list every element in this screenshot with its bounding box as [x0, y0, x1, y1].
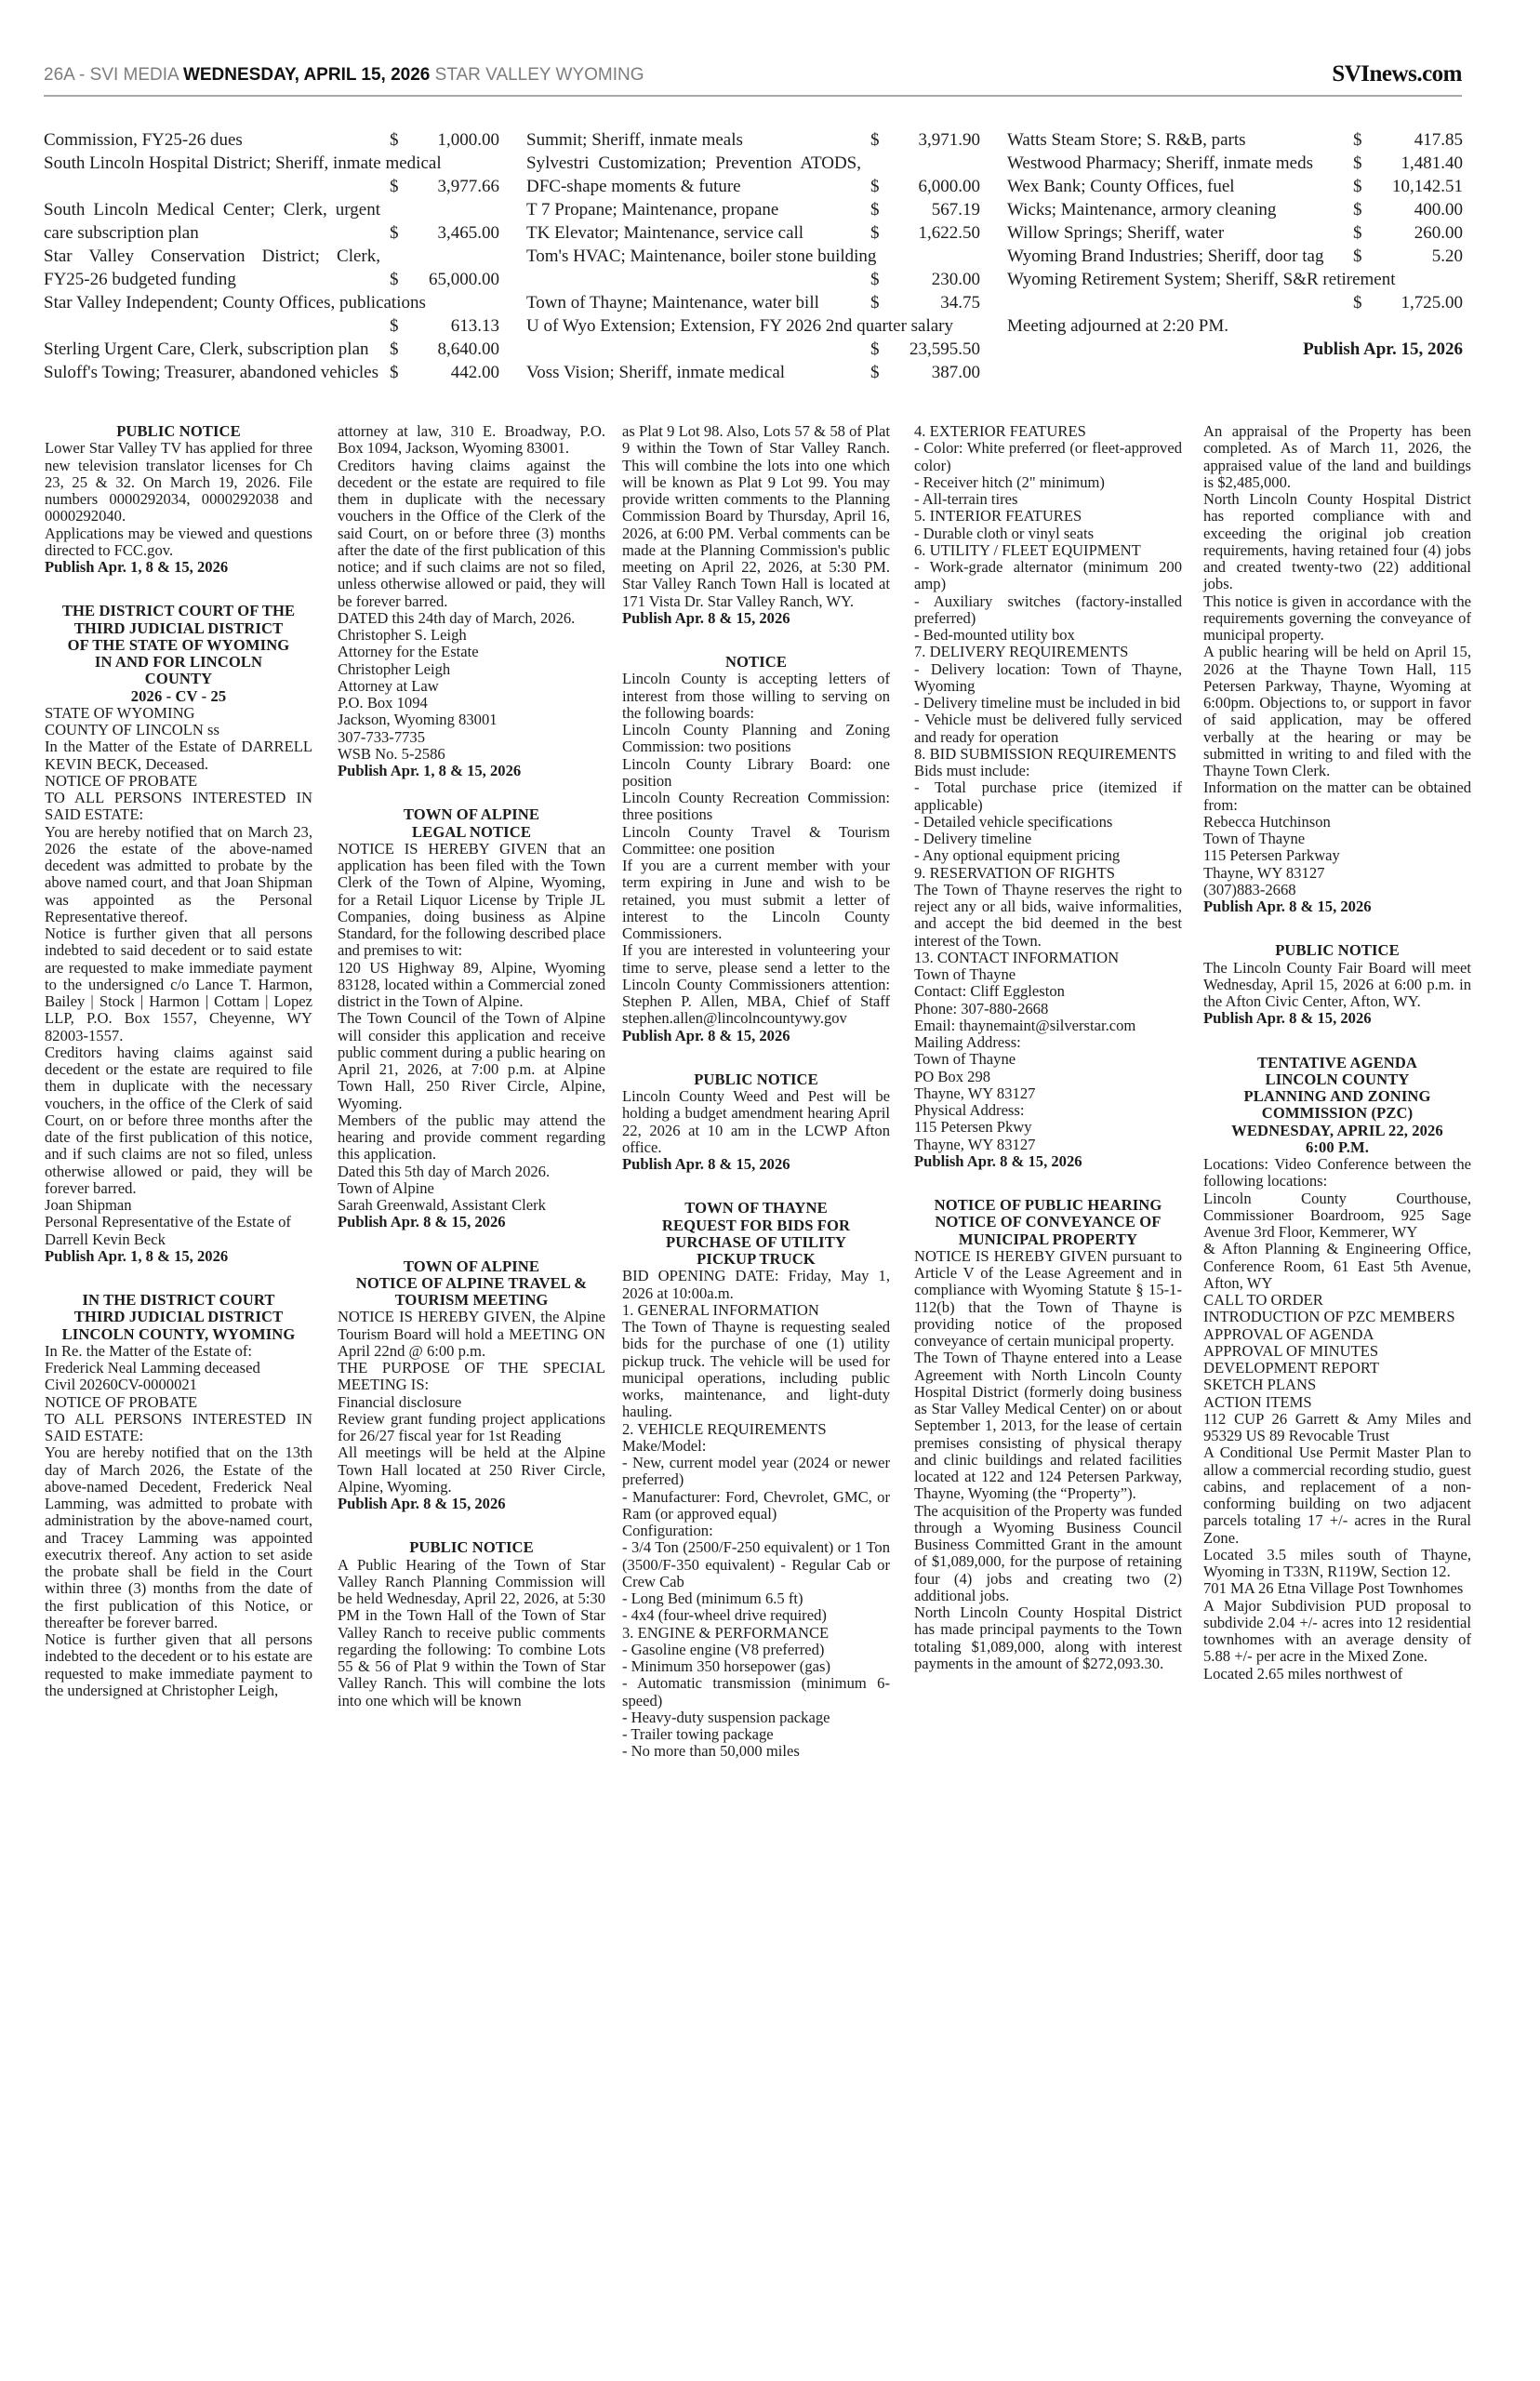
notice-paragraph: 3. ENGINE & PERFORMANCE — [622, 1625, 890, 1642]
notice-paragraph: - Work-grade alternator (minimum 200 amp… — [914, 559, 1182, 593]
claim-description: Star Valley Independent; County Offices,… — [44, 291, 499, 314]
notice-paragraph: - Any optional equipment pricing — [914, 847, 1182, 864]
claim-description: Commission, FY25-26 dues — [44, 128, 390, 152]
notice-paragraph: Lincoln County is accepting letters of i… — [622, 671, 890, 722]
claim-entry: Wicks; Maintenance, armory cleaning$400.… — [1007, 198, 1463, 221]
notice-paragraph: - Gasoline engine (V8 preferred) — [622, 1642, 890, 1658]
agenda-item: 112 CUP 26 Garrett & Amy Miles and 95329… — [1203, 1411, 1471, 1445]
amount-value: 1,000.00 — [438, 128, 500, 152]
claim-entry: T 7 Propane; Maintenance, propane$567.19 — [526, 198, 980, 221]
claim-amount: $6,000.00 — [870, 175, 980, 198]
amount-value: 442.00 — [451, 361, 499, 384]
notice-paragraph: 1. GENERAL INFORMATION — [622, 1302, 890, 1319]
currency-symbol: $ — [870, 128, 880, 152]
notice-paragraph: The Town of Thayne is requesting sealed … — [622, 1319, 890, 1421]
notice-paragraph: - 3/4 Ton (2500/F-250 equivalent) or 1 T… — [622, 1539, 890, 1590]
notice-board-vacancies: NOTICE Lincoln County is accepting lette… — [622, 654, 890, 1044]
notice-heading-line: NOTICE OF CONVEYANCE OF — [914, 1214, 1182, 1230]
notice-property-conveyance-cont: An appraisal of the Property has been co… — [1203, 423, 1471, 915]
claim-entry: Star Valley Conservation District; Clerk… — [44, 245, 499, 291]
claim-amount: $417.85 — [1353, 128, 1463, 152]
amount-value: 1,481.40 — [1401, 152, 1464, 175]
notice-paragraph: - 4x4 (four-wheel drive required) — [622, 1607, 890, 1624]
notice-heading-line-list: THE DISTRICT COURT OF THETHIRD JUDICIAL … — [45, 603, 312, 705]
notice-paragraph: - Automatic transmission (minimum 6-spee… — [622, 1675, 890, 1709]
claim-entry: Wyoming Retirement System; Sheriff, S&R … — [1007, 268, 1463, 314]
claim-description: U of Wyo Extension; Extension, FY 2026 2… — [526, 314, 980, 338]
notice-paragraph: The Town of Thayne entered into a Lease … — [914, 1350, 1182, 1502]
claims-column-1: Commission, FY25-26 dues$1,000.00South L… — [44, 128, 499, 384]
currency-symbol: $ — [1353, 152, 1362, 175]
page-header: 26A - SVI MEDIA WEDNESDAY, APRIL 15, 202… — [44, 58, 1462, 97]
currency-symbol: $ — [1353, 221, 1362, 245]
claim-amount: $10,142.51 — [1353, 175, 1463, 198]
notice-heading-line: THIRD JUDICIAL DISTRICT — [45, 1309, 312, 1325]
notice-body: Lower Star Valley TV has applied for thr… — [45, 440, 312, 525]
notice-fair-board: PUBLIC NOTICE The Lincoln County Fair Bo… — [1203, 942, 1471, 1027]
claim-entry: Westwood Pharmacy; Sheriff, inmate meds$… — [1007, 152, 1463, 175]
notice-paragraph: 5. INTERIOR FEATURES — [914, 508, 1182, 525]
publish-line: Publish Apr. 1, 8 & 15, 2026 — [338, 763, 605, 779]
notice-paragraph: Town of Thayne — [914, 1051, 1182, 1068]
notice-paragraph: Notice is further given that all persons… — [45, 1631, 312, 1699]
notice-paragraph-list: NOTICE IS HEREBY GIVEN that an applicati… — [338, 841, 605, 1215]
notice-thayne-truck-bids-cont: 4. EXTERIOR FEATURES- Color: White prefe… — [914, 423, 1182, 1170]
claim-description: T 7 Propane; Maintenance, propane — [526, 198, 870, 221]
notice-paragraph: 13. CONTACT INFORMATION — [914, 950, 1182, 966]
notice-paragraph: NOTICE OF PROBATE — [45, 773, 312, 790]
claim-description: TK Elevator; Maintenance, service call — [526, 221, 870, 245]
notice-paragraph: If you are a current member with your te… — [622, 858, 890, 942]
amount-value: 417.85 — [1414, 128, 1463, 152]
amount-value: 3,977.66 — [438, 175, 500, 198]
amount-value: 65,000.00 — [429, 268, 499, 291]
notice-paragraph: STATE OF WYOMING — [45, 705, 312, 722]
notice-paragraph-list: NOTICE IS HEREBY GIVEN pursuant to Artic… — [914, 1248, 1182, 1672]
notice-body: Applications may be viewed and questions… — [45, 525, 312, 560]
notice-paragraph: P.O. Box 1094 — [338, 695, 605, 712]
claim-entry: Tom's HVAC; Maintenance, boiler stone bu… — [526, 245, 980, 291]
notice-paragraph: - Detailed vehicle specifications — [914, 814, 1182, 831]
notice-paragraph: This notice is given in accordance with … — [1203, 593, 1471, 645]
legal-column-3: as Plat 9 Lot 98. Also, Lots 57 & 58 of … — [622, 423, 890, 1761]
claims-entries: Watts Steam Store; S. R&B, parts$417.85W… — [1007, 128, 1463, 314]
agenda-item: INTRODUCTION OF PZC MEMBERS — [1203, 1309, 1471, 1325]
notice-paragraph: Contact: Cliff Eggleston — [914, 983, 1182, 1000]
notice-paragraph: - Durable cloth or vinyl seats — [914, 525, 1182, 542]
currency-symbol: $ — [390, 128, 399, 152]
notice-heading-line-list: NOTICE OF PUBLIC HEARINGNOTICE OF CONVEY… — [914, 1197, 1182, 1248]
notice-heading-line: PLANNING AND ZONING — [1203, 1088, 1471, 1105]
claim-amount: $260.00 — [1353, 221, 1463, 245]
notice-paragraph: The Town Council of the Town of Alpine w… — [338, 1010, 605, 1112]
notice-paragraph: - Auxiliary switches (factory-installed … — [914, 593, 1182, 628]
notice-paragraph: WSB No. 5-2586 — [338, 746, 605, 763]
notice-paragraph: Bids must include: — [914, 763, 1182, 779]
notice-paragraph: Creditors having claims against the dece… — [338, 458, 605, 610]
notice-heading-line: 2026 - CV - 25 — [45, 688, 312, 705]
notice-heading-line: LEGAL NOTICE — [338, 824, 605, 841]
claim-description: Town of Thayne; Maintenance, water bill — [526, 291, 870, 314]
notice-paragraph: - No more than 50,000 miles — [622, 1743, 890, 1760]
notice-paragraph: (307)883-2668 — [1203, 882, 1471, 898]
notice-paragraph: 307-733-7735 — [338, 729, 605, 746]
notice-paragraph: Town of Thayne — [1203, 831, 1471, 847]
currency-symbol: $ — [870, 291, 880, 314]
notice-heading: PUBLIC NOTICE — [622, 1071, 890, 1088]
notice-paragraph: - Color: White preferred (or fleet-appro… — [914, 440, 1182, 474]
notice-paragraph: Civil 20260CV-0000021 — [45, 1377, 312, 1393]
notice-paragraph: attorney at law, 310 E. Broadway, P.O. B… — [338, 423, 605, 458]
header-line: 26A - SVI MEDIA WEDNESDAY, APRIL 15, 202… — [44, 65, 644, 86]
notice-heading-line: WEDNESDAY, APRIL 22, 2026 — [1203, 1123, 1471, 1139]
notice-paragraph: Attorney for the Estate — [338, 644, 605, 660]
claim-amount: $1,725.00 — [1353, 291, 1463, 314]
claim-description: Wyoming Brand Industries; Sheriff, door … — [1007, 245, 1353, 268]
notice-paragraph: Frederick Neal Lamming deceased — [45, 1360, 312, 1377]
claim-amount: $1,622.50 — [870, 221, 980, 245]
currency-symbol: $ — [870, 175, 880, 198]
notice-paragraph: - New, current model year (2024 or newer… — [622, 1455, 890, 1489]
claim-amount: $567.19 — [870, 198, 980, 221]
publish-line: Publish Apr. 8 & 15, 2026 — [622, 610, 890, 627]
notice-paragraph: In the Matter of the Estate of DARRELL K… — [45, 738, 312, 773]
notice-paragraph: - Trailer towing package — [622, 1726, 890, 1743]
amount-value: 5.20 — [1432, 245, 1463, 268]
claim-amount: $34.75 — [870, 291, 980, 314]
claim-amount: $5.20 — [1353, 245, 1463, 268]
publish-line: Publish Apr. 8 & 15, 2026 — [622, 1028, 890, 1044]
notice-paragraph: In Re. the Matter of the Estate of: — [45, 1343, 312, 1360]
notice-paragraph: Rebecca Hutchinson — [1203, 814, 1471, 831]
currency-symbol: $ — [870, 338, 880, 361]
notice-paragraph: TO ALL PERSONS INTERESTED IN SAID ESTATE… — [45, 1411, 312, 1445]
currency-symbol: $ — [390, 175, 399, 198]
notice-heading: NOTICE — [622, 654, 890, 671]
notice-paragraph: Creditors having claims against said dec… — [45, 1044, 312, 1197]
notice-paragraph: Darrell Kevin Beck — [45, 1231, 312, 1248]
notice-heading-line: LINCOLN COUNTY, WYOMING — [45, 1326, 312, 1343]
claim-entry: Town of Thayne; Maintenance, water bill$… — [526, 291, 980, 314]
notice-paragraph: 4. EXTERIOR FEATURES — [914, 423, 1182, 440]
agenda-item: ACTION ITEMS — [1203, 1394, 1471, 1411]
claim-description: Wyoming Retirement System; Sheriff, S&R … — [1007, 268, 1463, 291]
region-label: STAR VALLEY WYOMING — [435, 65, 644, 85]
claim-description: Wicks; Maintenance, armory cleaning — [1007, 198, 1353, 221]
claim-amount: $1,000.00 — [390, 128, 499, 152]
amount-value: 387.00 — [932, 361, 980, 384]
notice-heading-line: OF THE STATE OF WYOMING — [45, 637, 312, 654]
issue-date: WEDNESDAY, APRIL 15, 2026 — [183, 65, 430, 85]
meeting-adjourned: Meeting adjourned at 2:20 PM. — [1007, 314, 1463, 338]
notice-paragraph: You are hereby notified that on March 23… — [45, 824, 312, 926]
claim-amount: $387.00 — [870, 361, 980, 384]
notice-beck-probate: THE DISTRICT COURT OF THETHIRD JUDICIAL … — [45, 603, 312, 1265]
amount-value: 10,142.51 — [1392, 175, 1463, 198]
publish-line: Publish Apr. 8 & 15, 2026 — [1203, 898, 1471, 915]
amount-value: 34.75 — [940, 291, 980, 314]
notice-paragraph: - Delivery location: Town of Thayne, Wyo… — [914, 661, 1182, 696]
amount-value: 567.19 — [932, 198, 980, 221]
currency-symbol: $ — [1353, 128, 1362, 152]
agenda-item: Lincoln County Courthouse, Commissioner … — [1203, 1190, 1471, 1242]
claim-entry: Suloff's Towing; Treasurer, abandoned ve… — [44, 361, 499, 384]
notice-lamming-probate: IN THE DISTRICT COURTTHIRD JUDICIAL DIST… — [45, 1292, 312, 1699]
publish-line: Publish Apr. 8 & 15, 2026 — [914, 1153, 1182, 1170]
amount-value: 8,640.00 — [438, 338, 500, 361]
claim-entry: South Lincoln Hospital District; Sheriff… — [44, 152, 499, 198]
currency-symbol: $ — [390, 338, 399, 361]
notice-svr-planning-cont: as Plat 9 Lot 98. Also, Lots 57 & 58 of … — [622, 423, 890, 627]
notice-heading-line-list: IN THE DISTRICT COURTTHIRD JUDICIAL DIST… — [45, 1292, 312, 1343]
notice-paragraph: - Receiver hitch (2" minimum) — [914, 474, 1182, 491]
notice-heading-line: 6:00 P.M. — [1203, 1139, 1471, 1156]
notice-heading-line: NOTICE OF ALPINE TRAVEL & — [338, 1275, 605, 1292]
currency-symbol: $ — [390, 268, 399, 291]
notice-paragraph: 115 Petersen Pkwy — [914, 1119, 1182, 1136]
notice-paragraph: Christopher S. Leigh — [338, 627, 605, 644]
notice-heading-line: TENTATIVE AGENDA — [1203, 1055, 1471, 1071]
claim-amount: $613.13 — [390, 314, 499, 338]
notice-paragraph: Attorney at Law — [338, 678, 605, 695]
notice-heading-line: TOWN OF THAYNE — [622, 1200, 890, 1217]
legal-column-5: An appraisal of the Property has been co… — [1203, 423, 1471, 1683]
notice-heading: PUBLIC NOTICE — [45, 423, 312, 440]
notice-heading-line: TOWN OF ALPINE — [338, 1258, 605, 1275]
notice-paragraph: Notice is further given that all persons… — [45, 925, 312, 1044]
amount-value: 3,465.00 — [438, 221, 500, 245]
claim-entry: Voss Vision; Sheriff, inmate medical$387… — [526, 361, 980, 384]
page-section: 26A - SVI MEDIA — [44, 65, 179, 85]
claim-description: Suloff's Towing; Treasurer, abandoned ve… — [44, 361, 390, 384]
notice-paragraph: Lincoln County Travel & Tourism Committe… — [622, 824, 890, 858]
notice-paragraph: Town of Alpine — [338, 1180, 605, 1197]
notice-paragraph-list: attorney at law, 310 E. Broadway, P.O. B… — [338, 423, 605, 763]
notice-paragraph: BID OPENING DATE: Friday, May 1, 2026 at… — [622, 1268, 890, 1302]
agenda-item: APPROVAL OF AGENDA — [1203, 1326, 1471, 1343]
notice-paragraph: Phone: 307-880-2668 — [914, 1001, 1182, 1018]
claim-description: Watts Steam Store; S. R&B, parts — [1007, 128, 1353, 152]
claim-entry: Commission, FY25-26 dues$1,000.00 — [44, 128, 499, 152]
claim-description: South Lincoln Hospital District; Sheriff… — [44, 152, 499, 175]
currency-symbol: $ — [870, 221, 880, 245]
notice-tv-translator: PUBLIC NOTICE Lower Star Valley TV has a… — [45, 423, 312, 576]
notice-paragraph: - Delivery timeline — [914, 831, 1182, 847]
notice-heading-line: PICKUP TRUCK — [622, 1251, 890, 1268]
notice-body: A Public Hearing of the Town of Star Val… — [338, 1557, 605, 1709]
claim-entry: Sterling Urgent Care, Clerk, subscriptio… — [44, 338, 499, 361]
claim-description: Sylvestri Customization; Prevention ATOD… — [526, 152, 870, 198]
notice-paragraph: NOTICE IS HEREBY GIVEN, the Alpine Touri… — [338, 1309, 605, 1360]
legal-column-4: 4. EXTERIOR FEATURES- Color: White prefe… — [914, 423, 1182, 1672]
notice-paragraph: Thayne, WY 83127 — [914, 1137, 1182, 1153]
notice-paragraph: Lincoln County Recreation Commission: th… — [622, 790, 890, 824]
notice-paragraph: COUNTY OF LINCOLN ss — [45, 722, 312, 738]
currency-symbol: $ — [1353, 245, 1362, 268]
notice-paragraph: - Heavy-duty suspension package — [622, 1709, 890, 1726]
notice-paragraph: NOTICE IS HEREBY GIVEN pursuant to Artic… — [914, 1248, 1182, 1350]
agenda-item: 701 MA 26 Etna Village Post Townhomes — [1203, 1580, 1471, 1597]
notice-paragraph: Joan Shipman — [45, 1197, 312, 1214]
notice-paragraph: Dated this 5th day of March 2026. — [338, 1164, 605, 1180]
claim-entry: Sylvestri Customization; Prevention ATOD… — [526, 152, 980, 198]
notice-paragraph: - Bed-mounted utility box — [914, 627, 1182, 644]
agenda-item: Locations: Video Conference between the … — [1203, 1156, 1471, 1190]
notice-paragraph-list: NOTICE IS HEREBY GIVEN, the Alpine Touri… — [338, 1309, 605, 1496]
agenda-item: Located 3.5 miles south of Thayne, Wyomi… — [1203, 1547, 1471, 1581]
notice-paragraph: The Town of Thayne reserves the right to… — [914, 882, 1182, 950]
notice-paragraph: 2. VEHICLE REQUIREMENTS — [622, 1421, 890, 1438]
notice-paragraph: Physical Address: — [914, 1102, 1182, 1119]
publish-line: Publish Apr. 8 & 15, 2026 — [338, 1496, 605, 1512]
agenda-item: A Conditional Use Permit Master Plan to … — [1203, 1444, 1471, 1547]
notice-paragraph-list: In Re. the Matter of the Estate of:Frede… — [45, 1343, 312, 1699]
notice-heading-line: COUNTY — [45, 671, 312, 687]
notice-heading-line-list: TOWN OF THAYNEREQUEST FOR BIDS FORPURCHA… — [622, 1200, 890, 1268]
notice-paragraph: Make/Model: — [622, 1438, 890, 1455]
notice-body: The Lincoln County Fair Board will meet … — [1203, 960, 1471, 1011]
notice-thayne-truck-bids: TOWN OF THAYNEREQUEST FOR BIDS FORPURCHA… — [622, 1200, 890, 1760]
notice-paragraph: Email: thaynemaint@silverstar.com — [914, 1018, 1182, 1034]
currency-symbol: $ — [390, 314, 399, 338]
notice-paragraph: Thayne, WY 83127 — [914, 1085, 1182, 1102]
notice-paragraph: 8. BID SUBMISSION REQUIREMENTS — [914, 746, 1182, 763]
publish-line: Publish Apr. 8 & 15, 2026 — [338, 1214, 605, 1230]
claim-description: Star Valley Conservation District; Clerk… — [44, 245, 390, 291]
notice-paragraph: All meetings will be held at the Alpine … — [338, 1444, 605, 1496]
agenda-item: A Major Subdivision PUD proposal to subd… — [1203, 1598, 1471, 1666]
currency-symbol: $ — [1353, 291, 1362, 314]
claim-entry: South Lincoln Medical Center; Clerk, urg… — [44, 198, 499, 245]
notice-heading-line: LINCOLN COUNTY — [1203, 1071, 1471, 1088]
notice-paragraph: - Long Bed (minimum 6.5 ft) — [622, 1590, 890, 1607]
claim-description: Wex Bank; County Offices, fuel — [1007, 175, 1353, 198]
notice-paragraph: - Total purchase price (itemized if appl… — [914, 779, 1182, 814]
agenda-item: DEVELOPMENT REPORT — [1203, 1360, 1471, 1377]
notice-heading-line-list: TENTATIVE AGENDALINCOLN COUNTYPLANNING A… — [1203, 1055, 1471, 1157]
notice-heading-line: THE DISTRICT COURT OF THE — [45, 603, 312, 619]
claim-amount: $442.00 — [390, 361, 499, 384]
notice-paragraph: NOTICE IS HEREBY GIVEN that an applicati… — [338, 841, 605, 960]
notice-paragraph: Sarah Greenwald, Assistant Clerk — [338, 1197, 605, 1214]
notice-alpine-tourism: TOWN OF ALPINENOTICE OF ALPINE TRAVEL &T… — [338, 1258, 605, 1513]
notice-paragraph: Lincoln County Library Board: one positi… — [622, 756, 890, 791]
claim-description: Sterling Urgent Care, Clerk, subscriptio… — [44, 338, 390, 361]
notice-paragraph: Lincoln County Planning and Zoning Commi… — [622, 722, 890, 756]
claim-amount: $1,481.40 — [1353, 152, 1463, 175]
claim-amount: $8,640.00 — [390, 338, 499, 361]
notice-paragraph: 120 US Highway 89, Alpine, Wyoming 83128… — [338, 960, 605, 1011]
publish-line: Publish Apr. 15, 2026 — [1007, 338, 1463, 361]
notice-paragraph: PO Box 298 — [914, 1069, 1182, 1085]
claim-amount: $3,977.66 — [390, 175, 499, 198]
currency-symbol: $ — [390, 361, 399, 384]
notice-heading-line: COMMISSION (PZC) — [1203, 1105, 1471, 1122]
notice-body: as Plat 9 Lot 98. Also, Lots 57 & 58 of … — [622, 423, 890, 610]
claim-amount: $65,000.00 — [390, 268, 499, 291]
amount-value: 23,595.50 — [909, 338, 980, 361]
notice-heading-line-list: TOWN OF ALPINENOTICE OF ALPINE TRAVEL &T… — [338, 1258, 605, 1310]
notice-alpine-liquor: TOWN OF ALPINELEGAL NOTICE NOTICE IS HER… — [338, 806, 605, 1230]
notice-svr-planning: PUBLIC NOTICE A Public Hearing of the To… — [338, 1539, 605, 1709]
notice-paragraph: Configuration: — [622, 1523, 890, 1539]
amount-value: 1,725.00 — [1401, 291, 1464, 314]
notice-heading-line: IN THE DISTRICT COURT — [45, 1292, 312, 1309]
currency-symbol: $ — [870, 268, 880, 291]
notice-paragraph: - All-terrain tires — [914, 491, 1182, 508]
notice-paragraph: North Lincoln County Hospital District h… — [1203, 491, 1471, 593]
website-link[interactable]: SVInews.com — [1332, 61, 1462, 87]
notice-paragraph: Mailing Address: — [914, 1034, 1182, 1051]
claim-entry: TK Elevator; Maintenance, service call$1… — [526, 221, 980, 245]
notice-paragraph-list: An appraisal of the Property has been co… — [1203, 423, 1471, 898]
notice-heading-line: TOWN OF ALPINE — [338, 806, 605, 823]
legal-column-2: attorney at law, 310 E. Broadway, P.O. B… — [338, 423, 605, 1709]
notice-paragraph: Members of the public may attend the hea… — [338, 1112, 605, 1164]
notice-paragraph: If you are interested in volunteering yo… — [622, 942, 890, 1027]
notice-heading: PUBLIC NOTICE — [1203, 942, 1471, 959]
notice-body: Lincoln County Weed and Pest will be hol… — [622, 1088, 890, 1156]
notice-paragraph: You are hereby notified that on the 13th… — [45, 1444, 312, 1631]
notice-paragraph: - Delivery timeline must be included in … — [914, 695, 1182, 712]
claim-entry: Wex Bank; County Offices, fuel$10,142.51 — [1007, 175, 1463, 198]
claim-description: Summit; Sheriff, inmate meals — [526, 128, 870, 152]
publish-line: Publish Apr. 1, 8 & 15, 2026 — [45, 559, 312, 576]
notice-paragraph-list: BID OPENING DATE: Friday, May 1, 2026 at… — [622, 1268, 890, 1760]
amount-value: 6,000.00 — [919, 175, 981, 198]
notice-paragraph-list: STATE OF WYOMINGCOUNTY OF LINCOLN ssIn t… — [45, 705, 312, 1248]
notice-paragraph: Thayne, WY 83127 — [1203, 865, 1471, 882]
publish-line: Publish Apr. 8 & 15, 2026 — [1203, 1010, 1471, 1027]
notice-weed-pest: PUBLIC NOTICE Lincoln County Weed and Pe… — [622, 1071, 890, 1174]
notice-paragraph: - Vehicle must be delivered fully servic… — [914, 712, 1182, 746]
notice-paragraph: 115 Petersen Parkway — [1203, 847, 1471, 864]
notice-heading-line: PURCHASE OF UTILITY — [622, 1234, 890, 1251]
claims-column-2: Summit; Sheriff, inmate meals$3,971.90Sy… — [526, 128, 980, 384]
notice-paragraph: THE PURPOSE OF THE SPECIAL MEETING IS: — [338, 1360, 605, 1394]
notice-paragraph: NOTICE OF PROBATE — [45, 1394, 312, 1411]
currency-symbol: $ — [870, 198, 880, 221]
agenda-item-list: Locations: Video Conference between the … — [1203, 1156, 1471, 1683]
claim-amount: $23,595.50 — [870, 338, 980, 361]
notice-paragraph: North Lincoln County Hospital District h… — [914, 1604, 1182, 1672]
claim-entry: Wyoming Brand Industries; Sheriff, door … — [1007, 245, 1463, 268]
notice-paragraph: Christopher Leigh — [338, 661, 605, 678]
notice-heading-line: MUNICIPAL PROPERTY — [914, 1231, 1182, 1248]
claims-column-3: Watts Steam Store; S. R&B, parts$417.85W… — [1007, 128, 1463, 361]
notice-paragraph: Financial disclosure — [338, 1394, 605, 1411]
agenda-item: APPROVAL OF MINUTES — [1203, 1343, 1471, 1360]
amount-value: 400.00 — [1414, 198, 1463, 221]
notice-heading-line: NOTICE OF PUBLIC HEARING — [914, 1197, 1182, 1214]
claim-entry: Watts Steam Store; S. R&B, parts$417.85 — [1007, 128, 1463, 152]
notice-paragraph: Information on the matter can be obtaine… — [1203, 779, 1471, 814]
notice-heading: PUBLIC NOTICE — [338, 1539, 605, 1556]
currency-symbol: $ — [1353, 175, 1362, 198]
amount-value: 3,971.90 — [919, 128, 981, 152]
notice-paragraph: Jackson, Wyoming 83001 — [338, 712, 605, 728]
claim-entry: Summit; Sheriff, inmate meals$3,971.90 — [526, 128, 980, 152]
notice-heading-line: IN AND FOR LINCOLN — [45, 654, 312, 671]
notice-heading-line: TOURISM MEETING — [338, 1292, 605, 1309]
notice-paragraph: Town of Thayne — [914, 966, 1182, 983]
claim-description: Westwood Pharmacy; Sheriff, inmate meds — [1007, 152, 1353, 175]
agenda-item: CALL TO ORDER — [1203, 1292, 1471, 1309]
claim-entry: Star Valley Independent; County Offices,… — [44, 291, 499, 338]
notice-paragraph: - Manufacturer: Ford, Chevrolet, GMC, or… — [622, 1489, 890, 1523]
notice-property-conveyance: NOTICE OF PUBLIC HEARINGNOTICE OF CONVEY… — [914, 1197, 1182, 1672]
claim-amount: $400.00 — [1353, 198, 1463, 221]
